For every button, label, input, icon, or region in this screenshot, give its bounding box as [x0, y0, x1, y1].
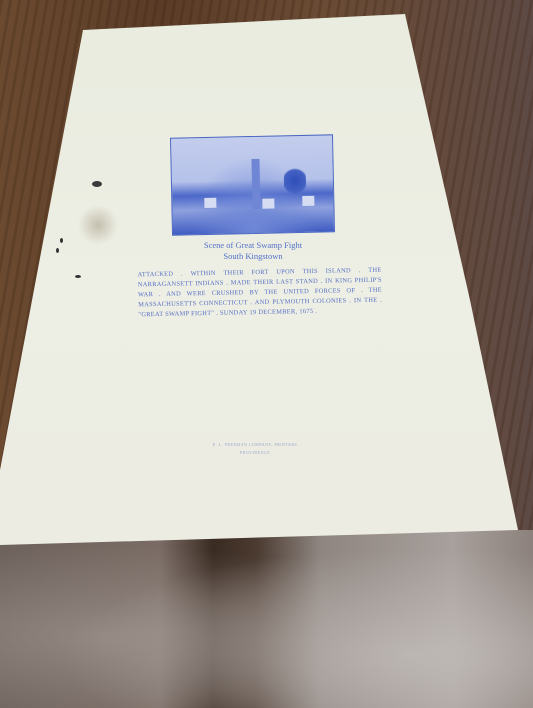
stain	[60, 238, 63, 243]
monument-obelisk	[251, 159, 260, 209]
stain	[92, 181, 102, 187]
stain	[78, 205, 118, 245]
photo-caption-subtitle: South Kingstown	[168, 251, 338, 261]
stain	[56, 248, 59, 253]
printer-city: PROVIDENCE	[200, 449, 310, 457]
inscription-text: ATTACKED . WITHIN THEIR FORT UPON THIS I…	[138, 266, 383, 321]
printer-name: E. L. FREEMAN COMPANY, PRINTERS	[200, 441, 310, 449]
boundary-stone	[302, 196, 314, 206]
printer-credit: E. L. FREEMAN COMPANY, PRINTERS PROVIDEN…	[200, 441, 310, 457]
boundary-stone	[262, 199, 274, 209]
photo-caption-title: Scene of Great Swamp Fight	[168, 240, 338, 250]
floor-surface	[0, 530, 533, 708]
monument-photo	[170, 134, 335, 235]
tree	[284, 166, 307, 196]
stain	[75, 275, 81, 278]
boundary-stone	[204, 198, 216, 208]
